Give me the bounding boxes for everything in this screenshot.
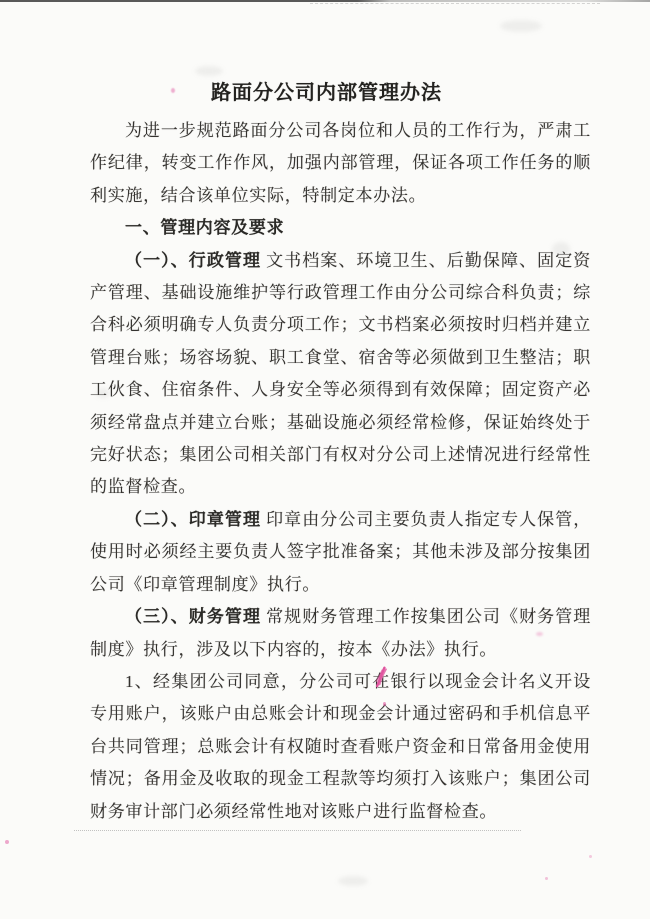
scan-smudge-artifact [195,66,223,76]
section-heading: 一、管理内容及要求 [90,212,591,244]
pink-ink-dot-artifact [171,88,175,93]
section-label: （一）、行政管理 [125,251,261,270]
paragraph: （三）、财务管理常规财务管理工作按集团公司《财务管理制度》执行，涉及以下内容的，… [90,601,591,666]
pink-ink-dot-artifact [589,855,592,858]
scan-top-dashes-artifact [310,3,600,4]
paragraph: （一）、行政管理文书档案、环境卫生、后勤保障、固定资产管理、基础设施维护等行政管… [90,245,591,504]
paragraph: 为进一步规范路面分公司各岗位和人员的工作行为，严肃工作纪律，转变工作作风，加强内… [90,115,591,212]
pink-ink-dot-artifact [5,840,9,844]
scan-dotted-line-artifact [74,830,521,831]
pink-ink-dot-artifact [383,702,386,706]
pink-ink-scribble-artifact [374,663,390,690]
document-title: 路面分公司内部管理办法 [76,76,577,105]
scan-smudge-artifact [500,20,542,32]
paragraph: （二）、印章管理印章由分公司主要负责人指定专人保管，使用时必须经主要负责人签字批… [90,504,591,601]
section-label: （三）、财务管理 [125,607,261,626]
pink-ink-dot-artifact [545,877,548,880]
scan-top-edge-artifact [0,0,650,2]
section-label: （二）、印章管理 [125,510,261,529]
scanned-document-page: 路面分公司内部管理办法 为进一步规范路面分公司各岗位和人员的工作行为，严肃工作纪… [0,0,650,919]
pink-ink-dot-artifact [536,632,543,636]
scan-smudge-artifact [552,242,570,256]
paragraph: 1、经集团公司同意，分公司可在银行以现金会计名义开设专用账户，该账户由总账会计和… [90,666,591,828]
document-body: 为进一步规范路面分公司各岗位和人员的工作行为，严肃工作纪律，转变工作作风，加强内… [90,115,591,828]
scan-smudge-artifact [338,876,368,886]
scan-smudge-artifact [96,388,110,398]
